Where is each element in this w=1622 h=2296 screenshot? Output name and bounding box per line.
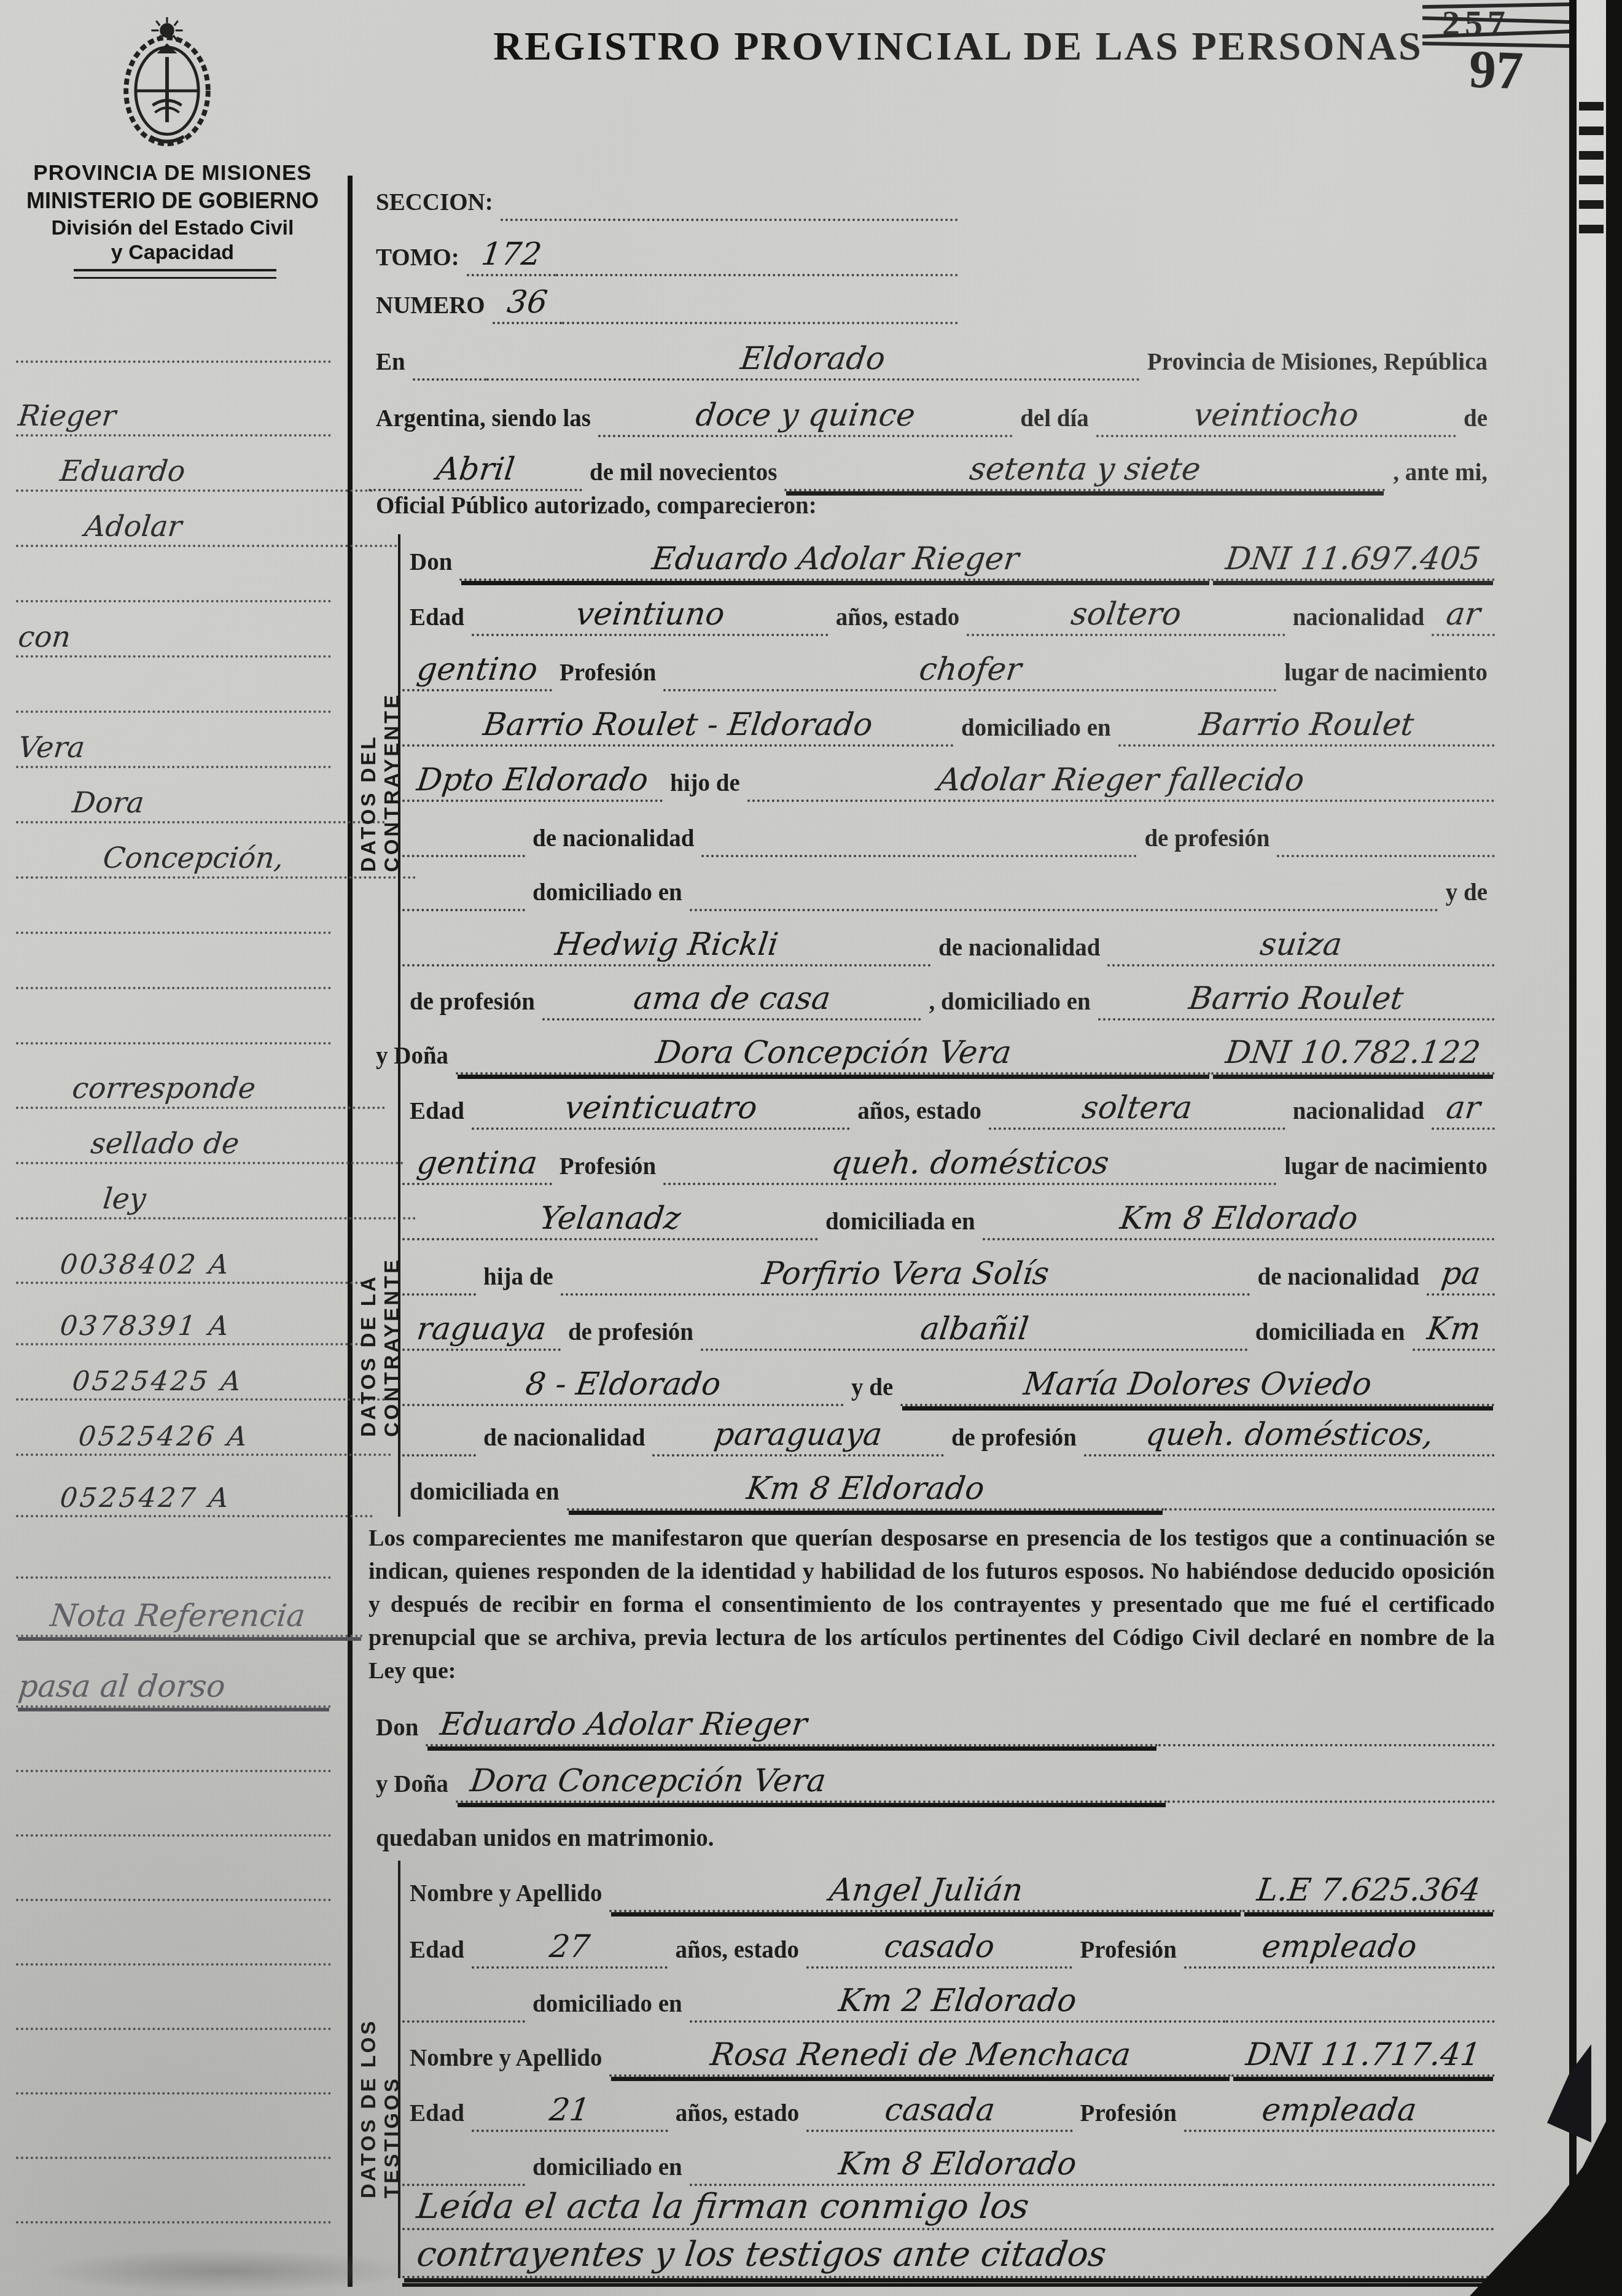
dotted-line: [690, 881, 1438, 911]
bride-dni-value: DNI 10.782.122: [1211, 1037, 1495, 1075]
margin-text: ley: [101, 1182, 147, 1216]
margin-bride-surname: Vera: [16, 712, 331, 768]
edad-label: Edad: [402, 1936, 472, 1969]
bride-profession-line: gentina Profesión queh. domésticos lugar…: [402, 1134, 1495, 1185]
margin-blank-line: [16, 2167, 331, 2224]
margin-blank-line: [16, 988, 331, 1045]
hija-de-label: hija de: [476, 1263, 561, 1296]
margin-groom-name2: Adolar: [16, 491, 397, 547]
section-border-line: [398, 1861, 400, 2278]
hijo-de-label: hijo de: [663, 769, 747, 802]
closing-line-1: Leída el acta la firman conmigo los: [402, 2179, 1495, 2230]
edad-label: Edad: [402, 1097, 472, 1130]
oficial-label: Oficial Público autorizado, compareciero…: [368, 492, 824, 524]
de-nacionalidad-label: de nacionalidad: [476, 1424, 652, 1457]
republica-label: Provincia de Misiones, República: [1140, 348, 1495, 381]
groom-domicile-dpto-value: Dpto Eldorado: [402, 764, 663, 802]
margin-sello-3: ley: [16, 1163, 416, 1220]
witness1-name-value: Angel Julián: [609, 1874, 1242, 1912]
witness2-name-value: Rosa Renedi de Menchaca: [609, 2039, 1231, 2077]
dotted-line: [402, 881, 525, 911]
stamp-number-text: 0525426 A: [77, 1421, 251, 1452]
seccion-line: SECCION:: [368, 169, 958, 221]
place-value: Eldorado: [486, 343, 1140, 381]
groom-father-nationality-line: de nacionalidad de profesión: [402, 806, 1495, 857]
scanned-marriage-record: { "title": "REGISTRO PROVINCIAL DE LAS P…: [0, 0, 1622, 2296]
margin-stamp-number: 0525426 A: [16, 1399, 391, 1456]
witness1-age-value: 27: [472, 1931, 668, 1969]
bride-name-value: Dora Concepción Vera: [456, 1037, 1211, 1075]
hour-value: doce y quince: [598, 399, 1013, 437]
scan-smudge: [37, 2249, 418, 2292]
de-nacionalidad-label: de nacionalidad: [931, 934, 1107, 967]
groom-father-domicile-line: domiciliado en y de: [402, 860, 1495, 911]
margin-groom-surname: Rieger: [16, 380, 331, 437]
bride-father-line: hija de Porfirio Vera Solís de nacionali…: [402, 1244, 1495, 1296]
bride-age-value: veinticuatro: [472, 1092, 850, 1130]
margin-blank-line: [16, 1845, 331, 1901]
domiciliada-label: domiciliada en: [402, 1478, 567, 1511]
section-label-testigos: DATOS DE LOS TESTIGOS: [364, 1891, 397, 2198]
de-nacionalidad-label: de nacionalidad: [1250, 1263, 1427, 1296]
de-label: de: [1456, 405, 1495, 437]
page-title: REGISTRO PROVINCIAL DE LAS PERSONAS: [359, 23, 1557, 70]
dotted-line: [1168, 1772, 1495, 1803]
margin-bride-name1: Dora: [16, 767, 385, 823]
margin-blank-line: [16, 546, 331, 602]
dotted-line: [556, 246, 958, 276]
witness1-domicile-value: Km 2 Eldorado: [690, 1985, 1226, 2023]
page-number: 97: [1468, 38, 1524, 102]
margin-blank-line: [16, 1522, 331, 1579]
witness2-doc-value: DNI 11.717.41: [1231, 2039, 1495, 2077]
nombre-apellido-label: Nombre y Apellido: [402, 1880, 609, 1912]
margin-text: Concepción,: [101, 841, 285, 875]
closing-text-2: contrayentes y los testigos ante citados: [402, 2237, 1495, 2278]
bride-nacionalidad-value-b: gentina: [402, 1147, 552, 1185]
anos-estado-label: años, estado: [829, 604, 967, 636]
dotted-line: [562, 294, 958, 324]
stamp-number-text: 0038402 A: [58, 1249, 232, 1280]
bride-nacionalidad-value-a: ar: [1432, 1092, 1495, 1130]
bride-father-nationality-a: pa: [1427, 1258, 1495, 1296]
margin-stamp-number: 0525427 A: [16, 1461, 373, 1517]
domiciliado-label: domiciliado en: [954, 714, 1118, 747]
declaration-paragraph: Los comparecientes me manifestaron que q…: [368, 1522, 1495, 1687]
groom-nacionalidad-value-a: ar: [1432, 598, 1495, 636]
edad-label: Edad: [402, 604, 472, 636]
y-de-label: y de: [1438, 879, 1495, 911]
witness1-age-line: Edad 27 años, estado casado Profesión em…: [402, 1917, 1495, 1969]
margin-text: Rieger: [17, 399, 117, 433]
declaration-bride-line: y Doña Dora Concepción Vera: [368, 1751, 1495, 1803]
margin-text: Adolar: [83, 510, 184, 543]
margin-blank-line: [16, 2103, 331, 2159]
witness1-doc-value: L.E 7.625.364: [1242, 1874, 1495, 1912]
dotted-line: [501, 190, 958, 221]
bride-profesion-value: queh. domésticos: [663, 1147, 1277, 1185]
form-bottom-rule: [402, 2283, 1502, 2287]
profesion-label: Profesión: [1072, 1936, 1183, 1969]
stamp-number-text: 0525425 A: [71, 1366, 244, 1397]
adjacent-page-edge: [1577, 0, 1606, 2296]
de-nacionalidad-label: de nacionalidad: [525, 825, 701, 857]
groom-age-line: Edad veintiuno años, estado soltero naci…: [402, 585, 1495, 636]
groom-mother-domicile-value: Barrio Roulet: [1098, 983, 1495, 1021]
bride-mother-nationality-line: de nacionalidad paraguaya de profesión q…: [402, 1405, 1495, 1457]
groom-mother-value: Hedwig Rickli: [402, 928, 931, 967]
bride-mother-nationality-value: paraguaya: [652, 1418, 944, 1457]
groom-name-value: Eduardo Adolar Rieger: [459, 543, 1211, 581]
argentina-label: Argentina, siendo las: [368, 405, 598, 437]
witness2-age-value: 21: [472, 2094, 668, 2132]
numero-label: NUMERO: [368, 292, 493, 324]
y-dona-label: y Doña: [368, 1770, 456, 1803]
union-statement-line: quedaban unidos en matrimonio.: [368, 1805, 1495, 1857]
profesion-label: Profesión: [552, 659, 663, 691]
domiciliado-label: domiciliado en: [525, 879, 690, 911]
dotted-line: [402, 1426, 476, 1457]
groom-birthplace-line: Barrio Roulet - Eldorado domiciliado en …: [402, 695, 1495, 747]
margin-con: con: [16, 601, 331, 658]
letterhead-province: PROVINCIA DE MISIONES: [0, 161, 345, 185]
bride-estado-value: soltera: [989, 1092, 1285, 1130]
tomo-label: TOMO:: [368, 244, 467, 276]
margin-bride-name2: Concepción,: [16, 822, 416, 879]
profesion-label: Profesión: [552, 1153, 663, 1185]
bride-mother-value: María Dolores Oviedo: [900, 1368, 1495, 1406]
margin-text: sellado de: [89, 1127, 241, 1161]
nacionalidad-label: nacionalidad: [1285, 1097, 1432, 1130]
margin-blank-line: [16, 656, 331, 713]
margin-groom-name1: Eduardo: [16, 435, 373, 492]
witness1-name-line: Nombre y Apellido Angel Julián L.E 7.625…: [402, 1861, 1495, 1912]
anos-estado-label: años, estado: [668, 2099, 807, 2132]
groom-estado-value: soltero: [967, 598, 1285, 636]
stamp-number-text: 0378391 A: [58, 1310, 232, 1342]
bride-mother-domicile-value: Km 8 Eldorado: [567, 1473, 1164, 1511]
document-page: REGISTRO PROVINCIAL DE LAS PERSONAS: [0, 0, 1572, 2296]
lugar-nacimiento-label: lugar de nacimiento: [1277, 659, 1495, 691]
dotted-line: [701, 827, 1137, 857]
closing-text-1: Leída el acta la firman conmigo los: [402, 2189, 1495, 2230]
margin-pencil-text: pasa al dorso: [17, 1668, 227, 1704]
quedaban-label: quedaban unidos en matrimonio.: [368, 1824, 721, 1857]
don-label: Don: [368, 1714, 426, 1746]
margin-blank-line: [16, 933, 331, 989]
bride-father-profession-line: raguaya de profesión albañil domiciliada…: [402, 1299, 1495, 1351]
letterhead-division-1: División del Estado Civil: [0, 216, 345, 240]
groom-father-line: Dpto Eldorado hijo de Adolar Rieger fall…: [402, 750, 1495, 802]
margin-text: Dora: [71, 786, 146, 820]
groom-birthplace-value: Barrio Roulet - Eldorado: [402, 709, 954, 747]
numero-value: 36: [493, 286, 562, 324]
de-profesion-label: de profesión: [944, 1424, 1084, 1457]
groom-nacionalidad-value-b: gentino: [402, 653, 552, 691]
don-label: Don: [402, 548, 459, 581]
dotted-line: [402, 827, 525, 857]
witness2-profession-value: empleada: [1184, 2094, 1495, 2132]
dotted-line: [413, 350, 486, 381]
tomo-value: 172: [467, 238, 556, 276]
witness2-age-line: Edad 21 años, estado casada Profesión em…: [402, 2080, 1495, 2132]
margin-blank-line: [16, 306, 331, 363]
y-de-label: y de: [844, 1374, 900, 1406]
witness2-estado-value: casada: [806, 2094, 1072, 2132]
bride-father-domicile-a: Km: [1413, 1313, 1495, 1351]
profesion-label: Profesión: [1073, 2099, 1184, 2132]
bride-father-nationality-b: raguaya: [402, 1313, 561, 1351]
domiciliada-label: domiciliada en: [1248, 1318, 1413, 1351]
margin-stamp-number: 0038402 A: [16, 1228, 373, 1284]
domiciliado-label: , domiciliado en: [921, 988, 1098, 1021]
coat-of-arms-icon: [99, 16, 235, 156]
margin-text: con: [17, 620, 72, 654]
nombre-apellido-label: Nombre y Apellido: [402, 2044, 609, 2077]
groom-profession-line: gentino Profesión chofer lugar de nacimi…: [402, 640, 1495, 691]
lugar-nacimiento-label: lugar de nacimiento: [1277, 1153, 1495, 1185]
stamp-number-text: 0525427 A: [58, 1482, 232, 1514]
margin-blank-line: [16, 1909, 331, 1966]
bride-birthplace-line: Yelanadz domiciliada en Km 8 Eldorado: [402, 1189, 1495, 1240]
adjacent-page-marks: [1579, 86, 1604, 233]
groom-name-line: Don Eduardo Adolar Rieger DNI 11.697.405: [402, 529, 1495, 581]
margin-blank-line: [16, 878, 331, 934]
nacionalidad-label: nacionalidad: [1285, 604, 1432, 636]
anos-estado-label: años, estado: [668, 1936, 806, 1969]
dotted-line: [1164, 1480, 1495, 1511]
groom-father-value: Adolar Rieger fallecido: [747, 764, 1495, 802]
en-label: En: [368, 348, 413, 381]
margin-sello-2: sellado de: [16, 1108, 404, 1164]
del-dia-label: del día: [1013, 405, 1096, 437]
letterhead-division-2: y Capacidad: [0, 241, 345, 265]
bride-mother-line: 8 - Eldorado y de María Dolores Oviedo: [402, 1355, 1495, 1406]
declaration-bride-value: Dora Concepción Vera: [456, 1765, 1168, 1803]
bride-mother-profession-value: queh. domésticos,: [1084, 1418, 1495, 1457]
margin-nota-2: pasa al dorso: [16, 1651, 331, 1708]
groom-domicile-value: Barrio Roulet: [1118, 709, 1495, 747]
anos-estado-label: años, estado: [850, 1097, 989, 1130]
groom-mother-profession-line: de profesión ama de casa , domiciliado e…: [402, 969, 1495, 1021]
de-profesion-label: de profesión: [402, 988, 542, 1021]
declaration-groom-line: Don Eduardo Adolar Rieger: [368, 1695, 1495, 1746]
groom-age-value: veintiuno: [472, 598, 829, 636]
bride-age-line: Edad veinticuatro años, estado soltera n…: [402, 1078, 1495, 1130]
de-profesion-label: de profesión: [1137, 825, 1277, 857]
groom-mother-profession-value: ama de casa: [542, 983, 921, 1021]
witness1-domicile-line: domiciliado en Km 2 Eldorado: [402, 1971, 1495, 2023]
margin-text: Vera: [17, 731, 87, 765]
bride-mother-domicile-line: domiciliada en Km 8 Eldorado: [402, 1459, 1495, 1511]
section-label-la-contrayente: DATOS DE LA CONTRAYENTE: [364, 1093, 397, 1437]
witness1-profession-value: empleado: [1184, 1931, 1495, 1969]
bride-name-line: y Doña Dora Concepción Vera DNI 10.782.1…: [368, 1023, 1495, 1075]
witness1-estado-value: casado: [806, 1931, 1073, 1969]
seccion-label: SECCION:: [368, 189, 501, 221]
bride-birthplace-value: Yelanadz: [402, 1202, 818, 1240]
dotted-line: [402, 1992, 525, 2023]
day-value: veintiocho: [1096, 399, 1456, 437]
letterhead-rule: [74, 269, 276, 279]
dotted-line: [1277, 827, 1495, 857]
intro-line-place: En Eldorado Provincia de Misiones, Repúb…: [368, 329, 1495, 381]
margin-blank-line: [16, 2038, 331, 2095]
margin-blank-line: [16, 1780, 331, 1837]
dotted-line: [402, 1265, 476, 1296]
domiciliado-label: domiciliado en: [525, 1990, 690, 2023]
groom-mother-line: Hedwig Rickli de nacionalidad suiza: [402, 915, 1495, 967]
section-label-contrayente: DATOS DEL CONTRAYENTE: [364, 577, 397, 872]
bride-father-value: Porfirio Vera Solís: [561, 1258, 1250, 1296]
letterhead-ministry: MINISTERIO DE GOBIERNO: [0, 188, 345, 214]
margin-stamp-number: 0378391 A: [16, 1289, 373, 1345]
domiciliada-label: domiciliada en: [818, 1208, 983, 1240]
bride-father-domicile-b: 8 - Eldorado: [402, 1368, 844, 1406]
margin-pencil-text: Nota Referencia: [49, 1598, 307, 1633]
bride-domicile-value: Km 8 Eldorado: [983, 1202, 1495, 1240]
declaration-groom-value: Eduardo Adolar Rieger: [426, 1708, 1158, 1746]
margin-blank-line: [16, 1974, 331, 2030]
numero-line: NUMERO 36: [368, 273, 958, 324]
witness2-name-line: Nombre y Apellido Rosa Renedi de Menchac…: [402, 2025, 1495, 2077]
margin-sello-1: corresponde: [16, 1053, 385, 1109]
margin-text: Eduardo: [58, 454, 187, 488]
margin-stamp-number: 0525425 A: [16, 1344, 385, 1401]
groom-dni-value: DNI 11.697.405: [1211, 543, 1495, 581]
groom-mother-nationality-value: suiza: [1107, 928, 1495, 967]
dotted-line: [1226, 1992, 1495, 2023]
de-profesion-label: de profesión: [561, 1318, 701, 1351]
margin-nota-1: Nota Referencia: [16, 1581, 363, 1637]
groom-profesion-value: chofer: [663, 653, 1277, 691]
bride-father-profession-value: albañil: [701, 1313, 1248, 1351]
intro-line-time-day: Argentina, siendo las doce y quince del …: [368, 386, 1495, 437]
y-dona-label: y Doña: [368, 1042, 456, 1075]
closing-line-2: contrayentes y los testigos ante citados: [402, 2227, 1495, 2278]
dotted-line: [1158, 1716, 1495, 1746]
tomo-line: TOMO: 172: [368, 225, 958, 276]
margin-text: corresponde: [71, 1072, 257, 1105]
intro-line-oficial: Oficial Público autorizado, compareciero…: [368, 473, 1495, 524]
margin-blank-line: [16, 1716, 331, 1772]
edad-label: Edad: [402, 2099, 472, 2132]
